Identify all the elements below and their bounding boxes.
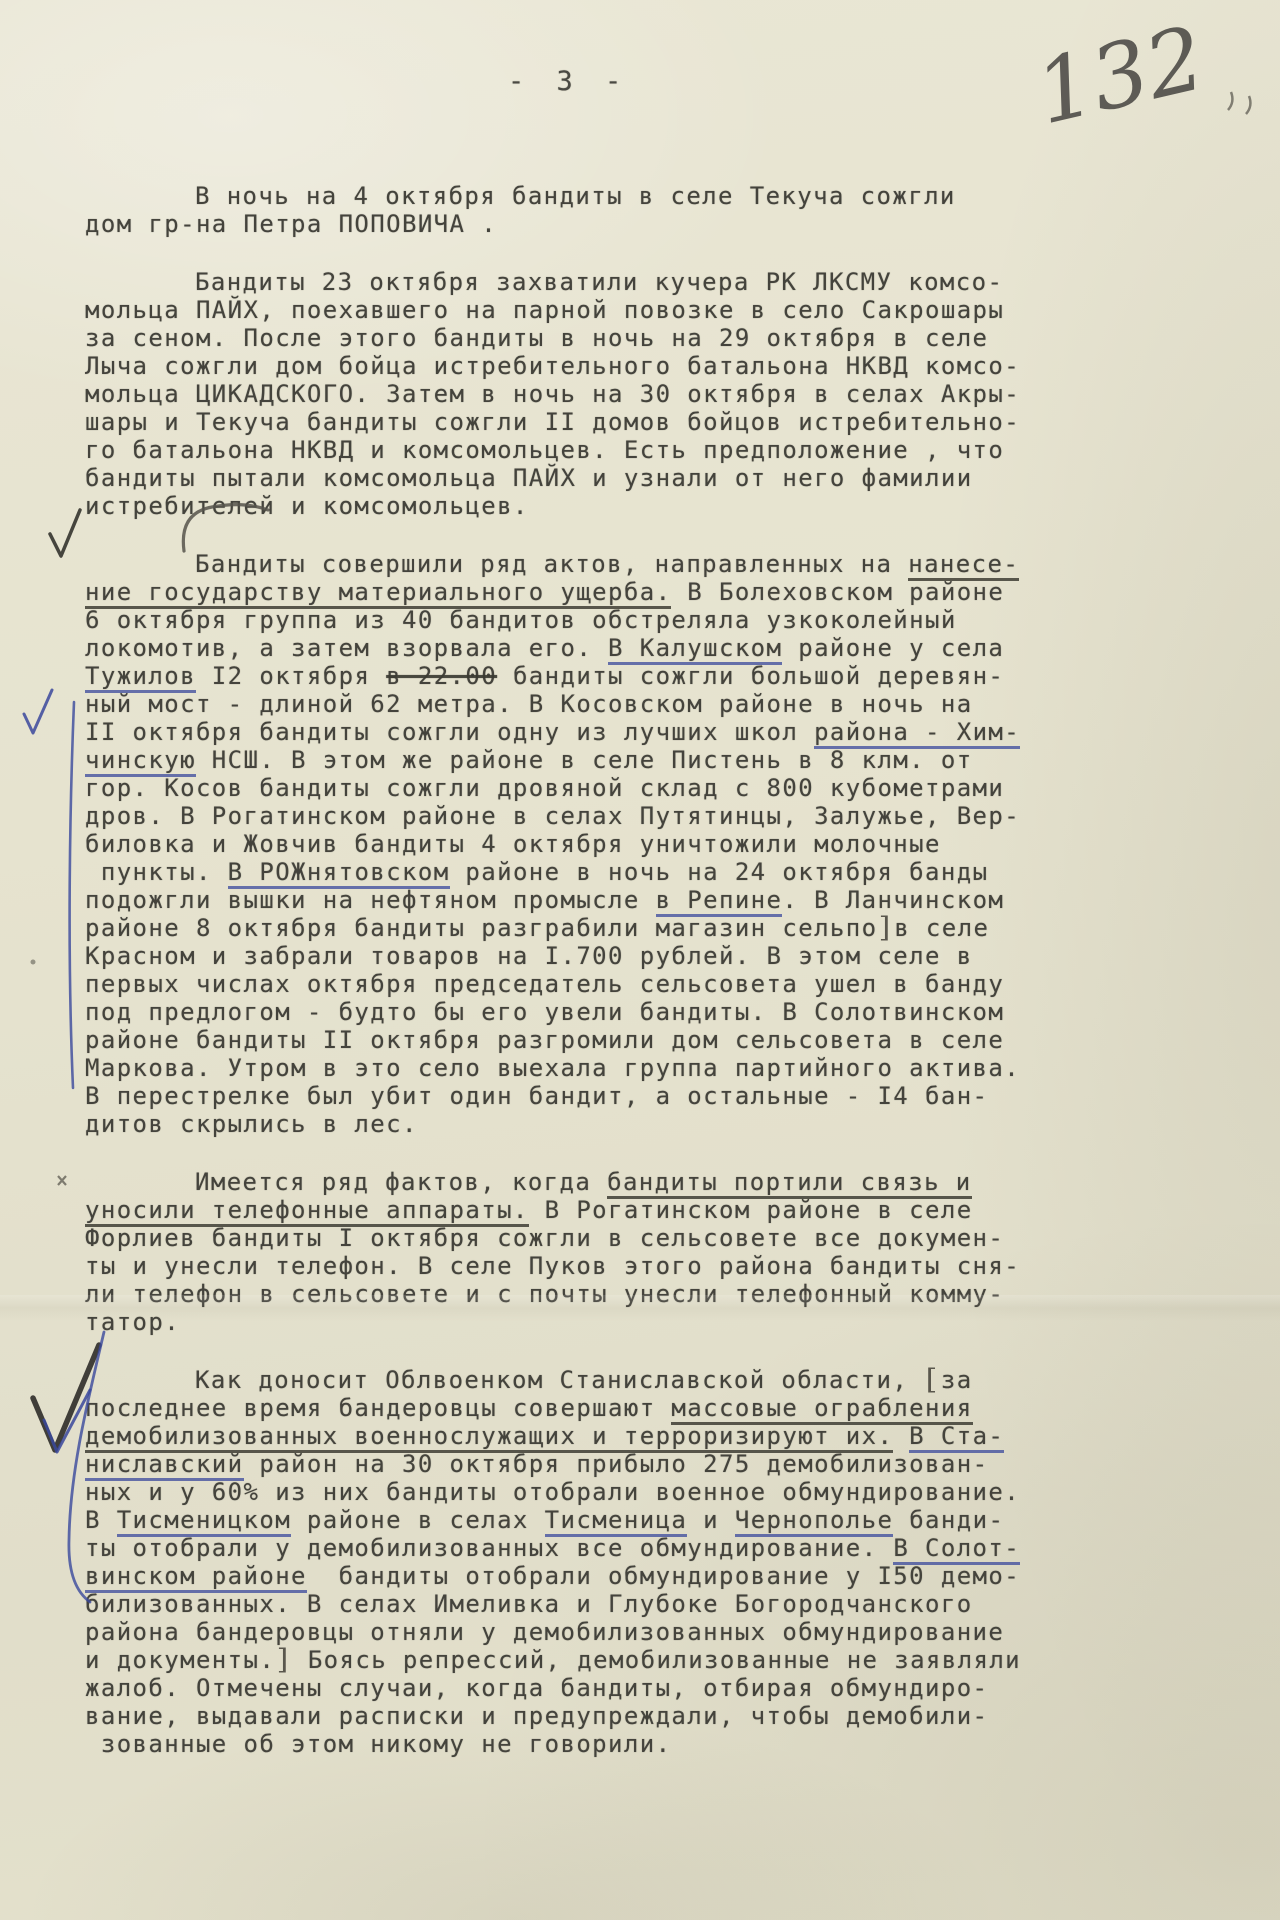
text-line: Форлиев бандиты I октября сожгли в сельс… <box>85 1224 1085 1252</box>
text-segment: Тисменицком <box>117 1506 291 1537</box>
text-segment: Бандиты совершили ряд актов, направленны… <box>195 550 908 578</box>
text-line: Лыча сожгли дом бойца истребительного ба… <box>85 352 1085 380</box>
text-line: Бандиты 23 октября захватили кучера РК Л… <box>85 268 1085 296</box>
text-line: и документы.] Боясь репрессий, демобилиз… <box>85 1646 1085 1674</box>
text-segment: . В Ланчинском <box>782 886 1004 914</box>
text-segment: Тисменица <box>545 1506 688 1537</box>
text-line: ты и унесли телефон. В селе Пуков этого … <box>85 1252 1085 1280</box>
paragraph: Бандиты 23 октября захватили кучера РК Л… <box>85 268 1085 520</box>
text-line: бандиты пытали комсомольца ПАЙХ и узнали… <box>85 464 1085 492</box>
text-line: ние государству материального ущерба. В … <box>85 578 1085 606</box>
text-line: локомотив, а затем взорвала его. В Калуш… <box>85 634 1085 662</box>
text-segment: демобилизованных военнослужащих и террор… <box>85 1422 893 1453</box>
text-line: В Тисменицком районе в селах Тисменица и… <box>85 1506 1085 1534</box>
text-segment: районе в ночь на 24 октября банды <box>450 858 989 886</box>
text-segment: Бандиты 23 октября захватили кучера РК Л… <box>195 268 1003 296</box>
text-line: истребителей и комсомольцев. <box>85 492 1085 520</box>
text-segment: бандиты сожгли большой деревян- <box>497 662 1004 690</box>
text-segment: ты и унесли телефон. В селе Пуков этого … <box>85 1252 1020 1280</box>
margin-checkmark-icon <box>50 510 80 556</box>
text-segment: В Рогатинском районе в селе <box>529 1196 973 1224</box>
text-line: ты отобрали у демобилизованных все обмун… <box>85 1534 1085 1562</box>
text-line: В ночь на 4 октября бандиты в селе Текуч… <box>85 182 1085 210</box>
text-line: винском районе бандиты отобрали обмундир… <box>85 1562 1085 1590</box>
text-segment: Форлиев бандиты I октября сожгли в сельс… <box>85 1224 1004 1252</box>
document-text: В ночь на 4 октября бандиты в селе Текуч… <box>85 182 1085 1788</box>
text-line: за сеном. После этого бандиты в ночь на … <box>85 324 1085 352</box>
text-line: II октября бандиты сожгли одну из лучших… <box>85 718 1085 746</box>
text-segment: пункты. <box>85 858 228 886</box>
text-line: татор. <box>85 1308 1085 1336</box>
text-line: последнее время бандеровцы совершают мас… <box>85 1394 1085 1422</box>
text-line: первых числах октября председатель сельс… <box>85 970 1085 998</box>
text-segment: Как доносит Облвоенком Станиславской обл… <box>195 1366 924 1394</box>
text-segment: II октября бандиты сожгли одну из лучших… <box>85 718 814 746</box>
text-line: чинскую НСШ. В этом же районе в селе Пис… <box>85 746 1085 774</box>
text-segment: биловка и Жовчив бандиты 4 октября уничт… <box>85 830 941 858</box>
text-segment: ты отобрали у демобилизованных все обмун… <box>85 1534 893 1562</box>
text-line: ниславский район на 30 октября прибыло 2… <box>85 1450 1085 1478</box>
text-segment: чинскую <box>85 746 196 777</box>
text-line: района бандеровцы отняли у демобилизован… <box>85 1618 1085 1646</box>
text-segment: под предлогом - будто бы его увели банди… <box>85 998 1004 1026</box>
text-segment: В Болеховском районе <box>671 578 1004 606</box>
text-segment: В ночь на 4 октября бандиты в селе Текуч… <box>195 182 956 210</box>
text-line: 6 октября группа из 40 бандитов обстреля… <box>85 606 1085 634</box>
text-line: Тужилов I2 октября в 22.00 бандиты сожгл… <box>85 662 1085 690</box>
text-line: ных и у 60% из них бандиты отобрали воен… <box>85 1478 1085 1506</box>
text-segment: дом гр-на Петра ПОПОВИЧА . <box>85 210 497 238</box>
text-segment: подожгли вышки на нефтяном промысле <box>85 886 656 914</box>
text-segment: 6 октября группа из 40 бандитов обстреля… <box>85 606 957 634</box>
text-line: дом гр-на Петра ПОПОВИЧА . <box>85 210 1085 238</box>
text-segment: дров. В Рогатинском районе в селах Путят… <box>85 802 1020 830</box>
text-segment: Лыча сожгли дом бойца истребительного ба… <box>85 352 1020 380</box>
text-segment: шары и Текуча бандиты сожгли II домов бо… <box>85 408 1020 436</box>
text-segment: НСШ. В этом же районе в селе Пистень в 8… <box>196 746 973 774</box>
text-segment: татор. <box>85 1308 180 1336</box>
text-line: В перестрелке был убит один бандит, а ос… <box>85 1082 1085 1110</box>
text-segment: района - Хим- <box>814 718 1020 749</box>
text-line: Имеется ряд фактов, когда бандиты портил… <box>85 1168 1085 1196</box>
text-segment: Чернополье <box>735 1506 894 1537</box>
text-segment: В РОЖнятовском <box>228 858 450 889</box>
text-segment: Имеется ряд фактов, когда <box>195 1168 607 1196</box>
paragraph: В ночь на 4 октября бандиты в селе Текуч… <box>85 182 1085 238</box>
text-segment: уносили телефонные аппараты. <box>85 1196 529 1227</box>
handwritten-bracket: ] <box>875 912 896 944</box>
text-segment: в 22.00 <box>386 662 497 690</box>
text-line: гор. Косов бандиты сожгли дровяной склад… <box>85 774 1085 802</box>
text-line: ли телефон в сельсовете и с почты унесли… <box>85 1280 1085 1308</box>
text-segment: В перестрелке был убит один бандит, а ос… <box>85 1082 988 1110</box>
text-segment: мольца ПАЙХ, поехавшего на парной повозк… <box>85 296 1004 324</box>
text-segment: ние государству материального ущерба. <box>85 578 671 609</box>
blue-checkmark-overlay-icon <box>44 1390 90 1452</box>
text-line: районе бандиты II октября разгромили дом… <box>85 1026 1085 1054</box>
text-segment: первых числах октября председатель сельс… <box>85 970 1004 998</box>
text-line: Маркова. Утром в это село выехала группа… <box>85 1054 1085 1082</box>
text-segment: район на 30 октября прибыло 275 демобили… <box>244 1450 989 1478</box>
text-segment: районе у села <box>782 634 1004 662</box>
scanned-document-page: - 3 - В ночь на 4 октября бандиты в селе… <box>0 0 1280 1920</box>
text-segment: районе бандиты II октября разгромили дом… <box>85 1026 1004 1054</box>
text-line: дров. В Рогатинском районе в селах Путят… <box>85 802 1085 830</box>
text-segment: В Ста- <box>909 1422 1004 1453</box>
paragraph: Имеется ряд фактов, когда бандиты портил… <box>85 1168 1085 1336</box>
text-line: районе 8 октября бандиты разграбили мага… <box>85 914 1085 942</box>
text-line: вание, выдавали расписки и предупреждали… <box>85 1702 1085 1730</box>
text-segment <box>893 1422 909 1450</box>
text-line: подожгли вышки на нефтяном промысле в Ре… <box>85 886 1085 914</box>
text-segment: районе 8 октября бандиты разграбили мага… <box>85 914 877 942</box>
text-segment: I2 октября <box>196 662 386 690</box>
text-segment: банди- <box>893 1506 1004 1534</box>
blue-margin-line-icon <box>70 702 74 1088</box>
text-segment: билизованных. В селах Имеливка и Глубоке… <box>85 1590 973 1618</box>
text-line: мольца ЦИКАДСКОГО. Затем в ночь на 30 ок… <box>85 380 1085 408</box>
text-line: Красном и забрали товаров на I.700 рубле… <box>85 942 1085 970</box>
text-segment: бандиты портили связь и <box>607 1168 972 1199</box>
text-segment: в Репине <box>656 886 783 917</box>
text-segment: ных и у 60% из них бандиты отобрали воен… <box>85 1478 1020 1506</box>
text-segment: за сеном. После этого бандиты в ночь на … <box>85 324 988 352</box>
text-segment: В Солот- <box>893 1534 1020 1565</box>
text-line: под предлогом - будто бы его увели банди… <box>85 998 1085 1026</box>
text-segment: истребителей и комсомольцев. <box>85 492 529 520</box>
margin-dot-icon <box>31 960 36 965</box>
text-segment: бандиты отобрали обмундирование у I50 де… <box>307 1562 1020 1590</box>
text-segment: нанесе- <box>908 550 1019 581</box>
text-line: жалоб. Отмечены случаи, когда бандиты, о… <box>85 1674 1085 1702</box>
text-segment: В <box>85 1506 117 1534</box>
text-segment: бандиты пытали комсомольца ПАЙХ и узнали… <box>85 464 973 492</box>
blue-checkmark-icon <box>24 690 52 733</box>
text-segment: за <box>941 1366 973 1394</box>
text-segment: ный мост - длиной 62 метра. В Косовском … <box>85 690 973 718</box>
handwritten-bracket: ] <box>273 1644 294 1676</box>
text-segment: гор. Косов бандиты сожгли дровяной склад… <box>85 774 1004 802</box>
corner-ditto-marks-icon <box>1228 92 1250 114</box>
text-segment: В Калушском <box>608 634 782 665</box>
text-segment: Красном и забрали товаров на I.700 рубле… <box>85 942 973 970</box>
text-segment: винском районе <box>85 1562 307 1593</box>
text-segment: Боясь репрессий, демобилизованные не зая… <box>292 1646 1021 1674</box>
text-line: дитов скрылись в лес. <box>85 1110 1085 1138</box>
text-segment: и <box>687 1506 735 1534</box>
text-segment: ли телефон в сельсовете и с почты унесли… <box>85 1280 1004 1308</box>
text-line: Бандиты совершили ряд актов, направленны… <box>85 550 1085 578</box>
text-line: билизованных. В селах Имеливка и Глубоке… <box>85 1590 1085 1618</box>
paragraph: Как доносит Облвоенком Станиславской обл… <box>85 1366 1085 1758</box>
text-line: уносили телефонные аппараты. В Рогатинск… <box>85 1196 1085 1224</box>
text-line: го батальона НКВД и комсомольцев. Есть п… <box>85 436 1085 464</box>
text-segment: локомотив, а затем взорвала его. <box>85 634 608 662</box>
handwritten-page-number: 132 <box>1027 6 1214 144</box>
text-line: ный мост - длиной 62 метра. В Косовском … <box>85 690 1085 718</box>
text-segment: массовые ограбления <box>671 1394 972 1425</box>
text-line: демобилизованных военнослужащих и террор… <box>85 1422 1085 1450</box>
text-segment: вание, выдавали расписки и предупреждали… <box>85 1702 988 1730</box>
text-segment: районе в селах <box>291 1506 545 1534</box>
text-line: мольца ПАЙХ, поехавшего на парной повозк… <box>85 296 1085 324</box>
text-line: биловка и Жовчив бандиты 4 октября уничт… <box>85 830 1085 858</box>
text-line: Как доносит Облвоенком Станиславской обл… <box>85 1366 1085 1394</box>
text-segment: в селе <box>894 914 989 942</box>
text-line: шары и Текуча бандиты сожгли II домов бо… <box>85 408 1085 436</box>
text-segment: мольца ЦИКАДСКОГО. Затем в ночь на 30 ок… <box>85 380 1020 408</box>
page-number: - 3 - <box>508 66 668 97</box>
text-segment: Маркова. Утром в это село выехала группа… <box>85 1054 1020 1082</box>
margin-speck-icon <box>58 1176 66 1185</box>
text-segment: зованные об этом никому не говорили. <box>85 1730 671 1758</box>
text-segment: жалоб. Отмечены случаи, когда бандиты, о… <box>85 1674 988 1702</box>
text-line: зованные об этом никому не говорили. <box>85 1730 1085 1758</box>
handwritten-bracket: [ <box>922 1364 943 1396</box>
text-segment: Тужилов <box>85 662 196 693</box>
text-line: пункты. В РОЖнятовском районе в ночь на … <box>85 858 1085 886</box>
text-segment: дитов скрылись в лес. <box>85 1110 418 1138</box>
text-segment: го батальона НКВД и комсомольцев. Есть п… <box>85 436 1004 464</box>
text-segment: ниславский <box>85 1450 244 1481</box>
paragraph: Бандиты совершили ряд актов, направленны… <box>85 550 1085 1138</box>
text-segment: района бандеровцы отняли у демобилизован… <box>85 1618 1004 1646</box>
text-segment: и документы. <box>85 1646 275 1674</box>
text-segment: последнее время бандеровцы совершают <box>85 1394 671 1422</box>
